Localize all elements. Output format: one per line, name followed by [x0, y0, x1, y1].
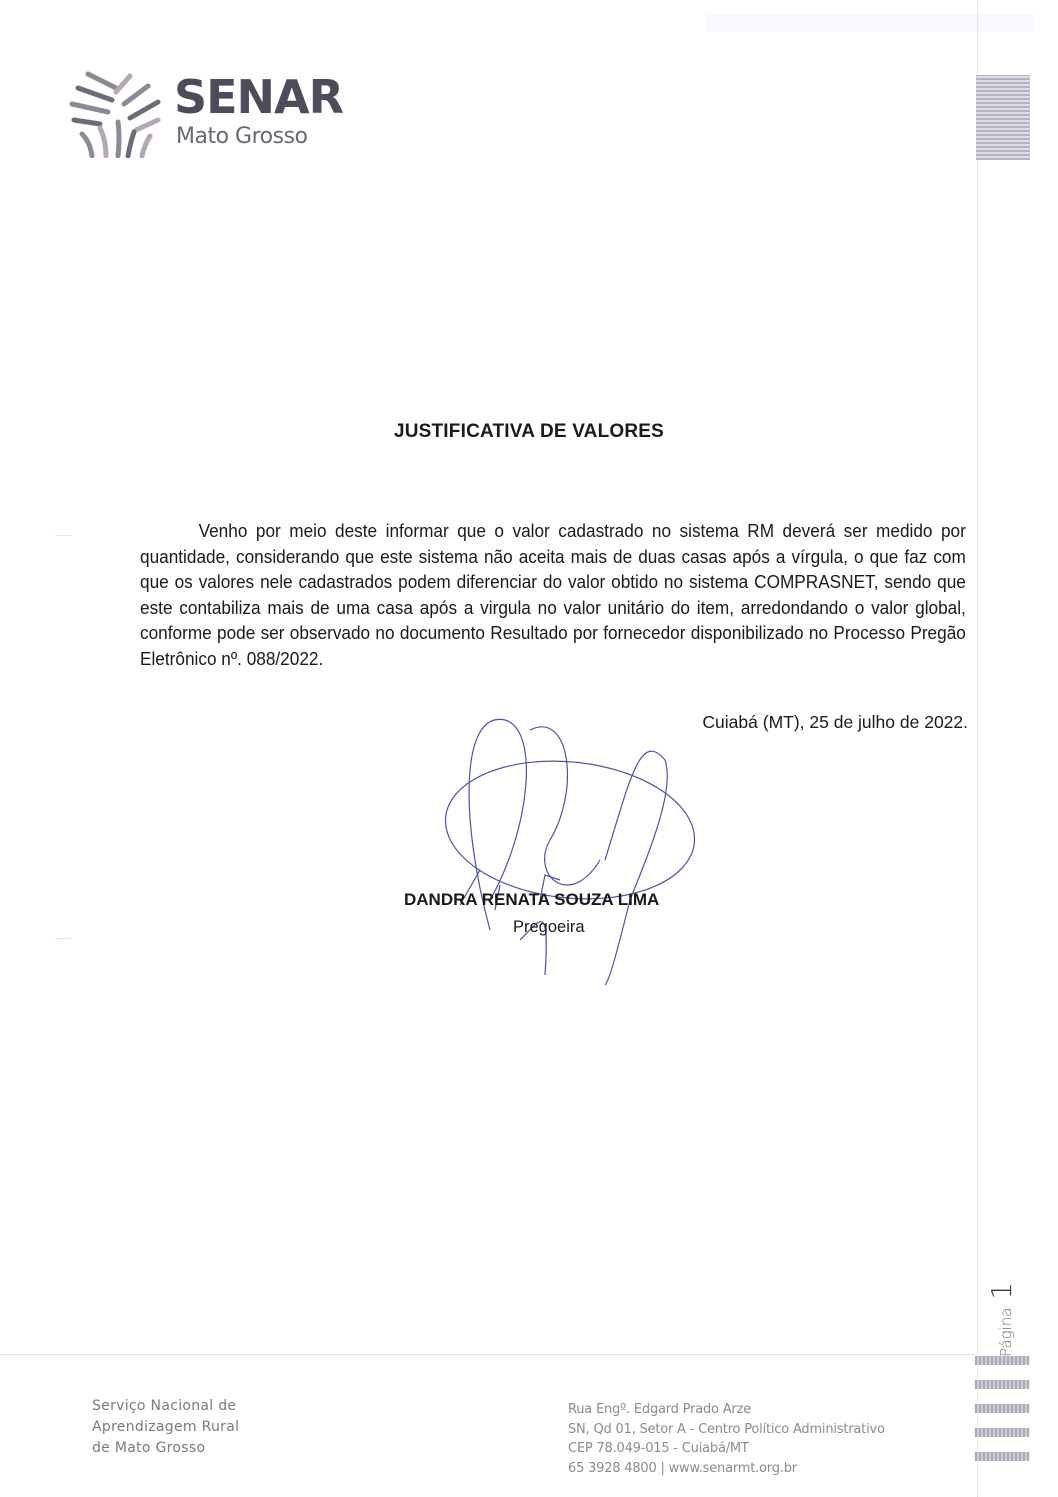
brand-subtitle: Mato Grosso: [176, 126, 308, 148]
margin-mark: [55, 535, 71, 536]
senar-logo: SENAR Mato Grosso: [68, 62, 368, 162]
footer-address-line: CEP 78.049-015 - Cuiabá/MT: [568, 1439, 885, 1459]
footer-stripe: [975, 1452, 1029, 1461]
document-body: Venho por meio deste informar que o valo…: [140, 518, 966, 671]
signer-role: Pregoeira: [513, 918, 585, 937]
date-line: Cuiabá (MT), 25 de julho de 2022.: [702, 712, 968, 733]
footer-org-line: Aprendizagem Rural: [92, 1417, 239, 1438]
footer-address: Rua Engº. Edgard Prado Arze SN, Qd 01, S…: [568, 1400, 885, 1478]
handwritten-signature: [420, 700, 720, 1000]
page-number: 1: [985, 1282, 1018, 1300]
brand-name: SENAR: [174, 74, 343, 120]
scan-artifact: [705, 14, 1035, 32]
footer-address-line: SN, Qd 01, Setor A - Centro Político Adm…: [568, 1420, 885, 1440]
side-decoration-block: [976, 75, 1030, 160]
footer-stripe: [975, 1428, 1029, 1437]
footer-stripe: [975, 1404, 1029, 1413]
footer-stripe: [975, 1356, 1029, 1365]
right-margin-rule: [977, 0, 978, 1497]
footer-stripe: [975, 1380, 1029, 1389]
footer-org-line: Serviço Nacional de: [92, 1396, 239, 1417]
signer-name: DANDRA RENATA SOUZA LIMA: [404, 890, 659, 910]
margin-mark: [55, 938, 71, 939]
page-word: Página: [997, 1308, 1015, 1357]
document-title: JUSTIFICATIVA DE VALORES: [0, 421, 1058, 443]
footer-divider: [0, 1354, 975, 1355]
senar-wheat-logo-icon: [68, 66, 163, 158]
body-paragraph: Venho por meio deste informar que o valo…: [140, 520, 966, 669]
footer-address-line: Rua Engº. Edgard Prado Arze: [568, 1400, 885, 1420]
footer-org-line: de Mato Grosso: [92, 1438, 239, 1459]
footer-organization: Serviço Nacional de Aprendizagem Rural d…: [92, 1396, 239, 1459]
page-indicator: Página1: [985, 1295, 1045, 1355]
footer-contact-line: 65 3928 4800 | www.senarmt.org.br: [568, 1459, 885, 1479]
